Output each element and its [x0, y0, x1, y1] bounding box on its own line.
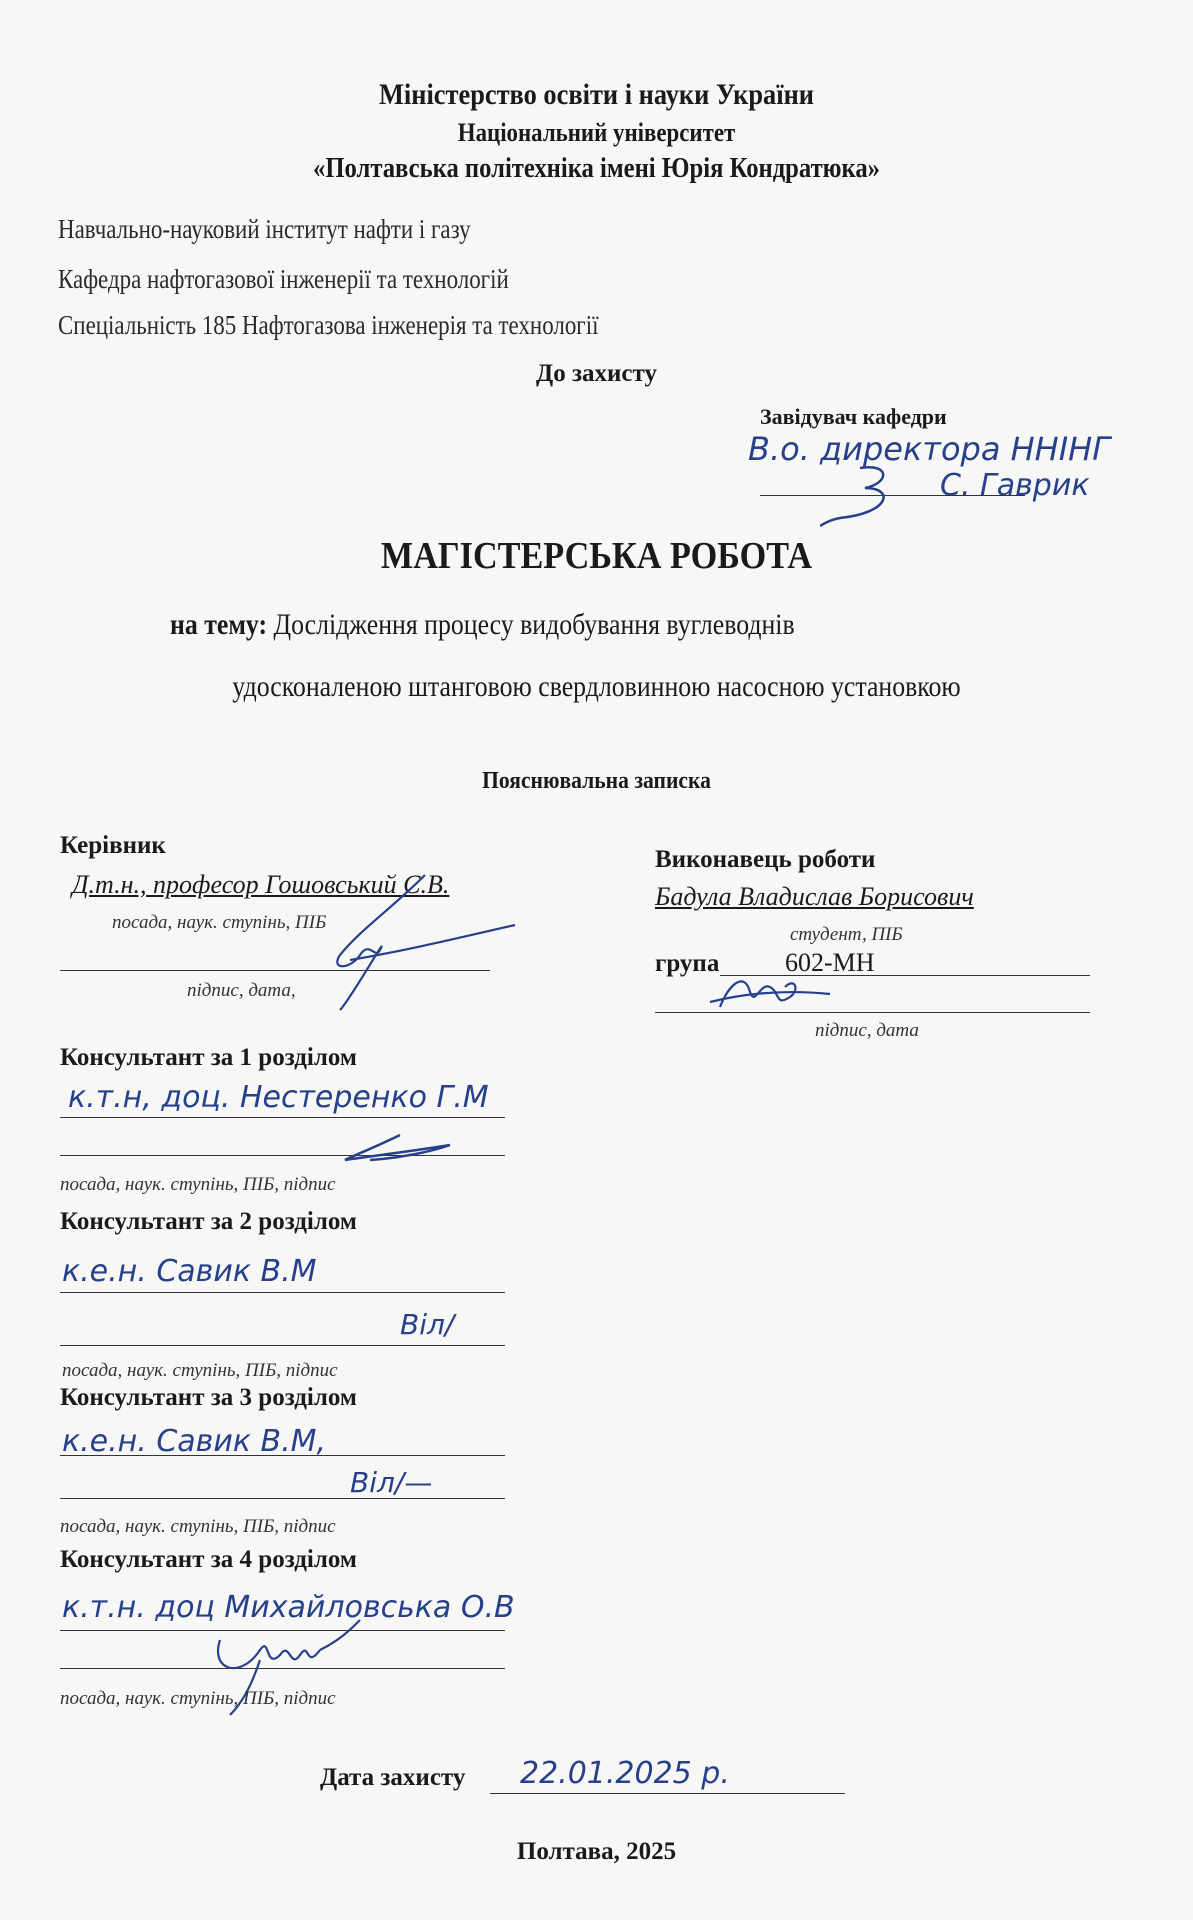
university-name: «Полтавська політехніка імені Юрія Кондр… — [72, 153, 1122, 185]
department-name: Кафедра нафтогазової інженерії та технол… — [58, 264, 509, 295]
topic-line-1: на тему: Дослідження процесу видобування… — [170, 608, 795, 642]
topic-text-2: удосконаленою штанговою свердловинною на… — [84, 670, 1110, 704]
consultant-3-line-2 — [60, 1498, 505, 1499]
defense-date-value: 22.01.2025 р. — [520, 1756, 730, 1791]
consultant-2-signature-icon: Віл/ — [400, 1308, 454, 1341]
explanatory-note-label: Пояснювальна записка — [60, 768, 1134, 795]
consultant-3-label: Консультант за 3 розділом — [60, 1384, 357, 1412]
executor-caption-signature: підпис, дата — [815, 1020, 919, 1042]
city-year: Полтава, 2025 — [0, 1838, 1193, 1866]
executor-value: Бадула Владислав Борисович — [655, 882, 974, 912]
supervisor-signature-icon — [290, 870, 520, 1020]
head-handwritten-name: С. Гаврик — [940, 468, 1089, 503]
consultant-2-line-1 — [60, 1292, 505, 1293]
consultant-2-caption: посада, наук. ступінь, ПІБ, підпис — [62, 1360, 338, 1382]
executor-label: Виконавець роботи — [655, 846, 875, 874]
ministry-title: Міністерство освіти і науки України — [72, 78, 1122, 112]
consultant-1-caption: посада, наук. ступінь, ПІБ, підпис — [60, 1174, 336, 1196]
specialty-name: Спеціальність 185 Нафтогазова інженерія … — [58, 310, 598, 341]
consultant-1-label: Консультант за 1 розділом — [60, 1044, 357, 1072]
consultant-2-line-2 — [60, 1345, 505, 1346]
to-defense-label: До захисту — [0, 360, 1193, 388]
consultant-4-label: Консультант за 4 розділом — [60, 1546, 357, 1574]
executor-caption-name: студент, ПІБ — [790, 924, 903, 946]
consultant-1-handwritten: к.т.н, доц. Нестеренко Г.М — [68, 1080, 489, 1115]
supervisor-label: Керівник — [60, 832, 166, 860]
head-signature-icon — [820, 458, 940, 528]
topic-label: на тему: — [170, 608, 267, 641]
consultant-3-line-1 — [60, 1455, 505, 1456]
defense-date-line — [490, 1793, 845, 1794]
consultant-3-handwritten: к.е.н. Савик В.М, — [62, 1424, 326, 1459]
topic-text-1: Дослідження процесу видобування вуглевод… — [274, 608, 795, 641]
university-type: Національний університет — [72, 118, 1122, 148]
consultant-3-caption: посада, наук. ступінь, ПІБ, підпис — [60, 1516, 336, 1538]
consultant-2-handwritten: к.е.н. Савик В.М — [62, 1254, 317, 1289]
thesis-type-title: МАГІСТЕРСЬКА РОБОТА — [60, 534, 1134, 578]
supervisor-caption-signature: підпис, дата, — [187, 980, 296, 1002]
consultant-1-line-1 — [60, 1117, 505, 1118]
head-of-department-label: Завідувач кафедри — [760, 404, 947, 430]
consultant-2-label: Консультант за 2 розділом — [60, 1208, 357, 1236]
institute-name: Навчально-науковий інститут нафти і газу — [58, 214, 471, 245]
defense-date-label: Дата захисту — [320, 1764, 465, 1792]
consultant-3-signature-icon: Віл/— — [350, 1466, 432, 1499]
consultant-4-caption: посада, наук. ступінь, ПІБ, підпис — [60, 1688, 336, 1710]
consultant-1-signature-icon — [340, 1130, 460, 1165]
executor-signature-icon — [700, 962, 840, 1022]
